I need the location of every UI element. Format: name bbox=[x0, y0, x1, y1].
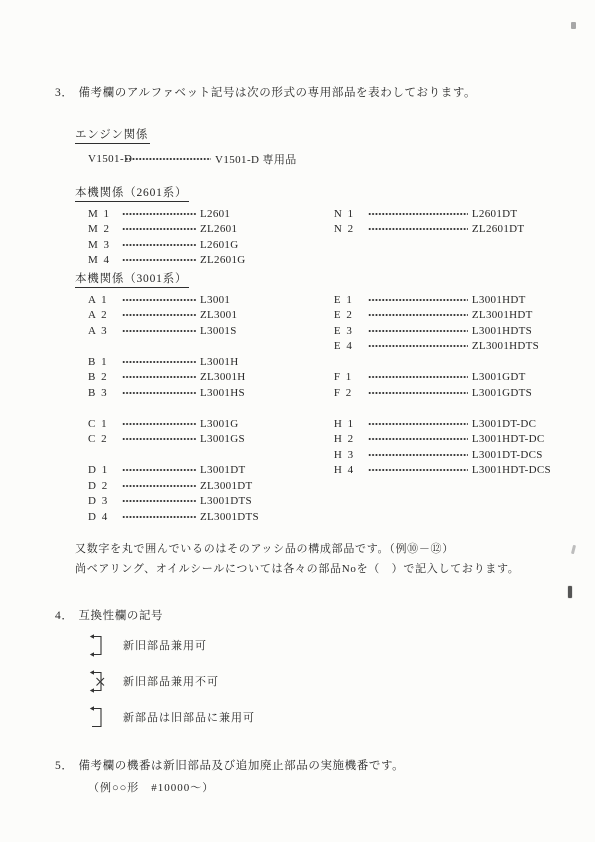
model-name: L3001G bbox=[200, 418, 238, 430]
dot-leader bbox=[368, 294, 468, 306]
dot-leader bbox=[122, 480, 196, 492]
model-name: L3001HDTS bbox=[472, 325, 532, 337]
model-code: M 4 bbox=[88, 254, 122, 266]
model-row: D 2ZL3001DT bbox=[88, 478, 557, 494]
model-cell: H 1L3001DT-DC bbox=[334, 418, 557, 430]
model-row: D 3L3001DTS bbox=[88, 494, 557, 510]
group-3001-title: 本機関係（3001系） bbox=[75, 270, 189, 288]
model-name: L3001S bbox=[200, 325, 237, 337]
model-cell: A 2ZL3001 bbox=[88, 309, 334, 321]
dot-leader bbox=[122, 309, 196, 321]
model-code: F 1 bbox=[334, 371, 368, 383]
model-cell: M 1L2601 bbox=[88, 208, 334, 220]
model-name: ZL2601G bbox=[200, 254, 245, 266]
model-list-3001: A 1L3001E 1L3001HDTA 2ZL3001E 2ZL3001HDT… bbox=[88, 292, 557, 525]
model-name: L3001GS bbox=[200, 433, 245, 445]
model-row: D 1L3001DTH 4L3001HDT-DCS bbox=[88, 463, 557, 479]
model-cell: A 1L3001 bbox=[88, 294, 334, 306]
engine-group-title: エンジン関係 bbox=[75, 126, 150, 144]
model-code: A 3 bbox=[88, 325, 122, 337]
model-code: M 1 bbox=[88, 208, 122, 220]
dot-leader bbox=[368, 433, 468, 445]
model-row: A 2ZL3001E 2ZL3001HDT bbox=[88, 308, 557, 324]
model-row: B 2ZL3001HF 1L3001GDT bbox=[88, 370, 557, 386]
model-code: A 2 bbox=[88, 309, 122, 321]
model-row: D 4ZL3001DTS bbox=[88, 509, 557, 525]
model-name: ZL2601DT bbox=[472, 223, 525, 235]
dot-leader bbox=[122, 356, 196, 368]
bracket-single-arrow-icon bbox=[88, 704, 106, 731]
dot-leader bbox=[122, 208, 196, 220]
model-cell: M 2ZL2601 bbox=[88, 223, 334, 235]
dot-leader bbox=[368, 208, 468, 220]
model-cell: M 3L2601G bbox=[88, 239, 334, 251]
model-cell: E 2ZL3001HDT bbox=[334, 309, 557, 321]
model-name: ZL3001HDTS bbox=[472, 340, 539, 352]
dot-leader bbox=[368, 449, 468, 461]
model-cell: H 4L3001HDT-DCS bbox=[334, 464, 557, 476]
model-name: L3001DT-DC bbox=[472, 418, 536, 430]
note-bearing-oilseal: 尚ベアリング、オイルシールについては各々の部品Noを（ ）で記入しております。 bbox=[75, 559, 557, 579]
model-name: L3001DTS bbox=[200, 495, 252, 507]
model-cell: B 3L3001HS bbox=[88, 387, 334, 399]
model-code: D 3 bbox=[88, 495, 122, 507]
model-code: D 2 bbox=[88, 480, 122, 492]
model-code: E 1 bbox=[334, 294, 368, 306]
section5-title: 備考欄の機番は新旧部品及び追加廃止部品の実施機番です。 bbox=[78, 760, 404, 772]
model-cell: F 2L3001GDTS bbox=[334, 387, 557, 399]
section5: 5．備考欄の機番は新旧部品及び追加廃止部品の実施機番です。 （例○○形 #100… bbox=[55, 757, 557, 795]
model-code: C 2 bbox=[88, 433, 122, 445]
dot-leader bbox=[122, 433, 196, 445]
page-content: 3．備考欄のアルファベット記号は次の形式の専用部品を表わしております。 エンジン… bbox=[0, 0, 595, 842]
model-name: ZL2601 bbox=[200, 223, 237, 235]
model-name: ZL3001DTS bbox=[200, 511, 259, 523]
model-cell: B 1L3001H bbox=[88, 356, 334, 368]
section4: 4．互換性欄の記号 新旧部品兼用可 新旧部品兼用不可 bbox=[55, 607, 557, 731]
model-row: M 3L2601G bbox=[88, 237, 557, 253]
dot-leader bbox=[368, 309, 468, 321]
model-cell: D 3L3001DTS bbox=[88, 495, 334, 507]
model-code: C 1 bbox=[88, 418, 122, 430]
section3-title: 備考欄のアルファベット記号は次の形式の専用部品を表わしております。 bbox=[78, 87, 476, 99]
model-code: H 1 bbox=[334, 418, 368, 430]
model-name: L2601DT bbox=[472, 208, 517, 220]
model-cell: E 4ZL3001HDTS bbox=[334, 340, 557, 352]
model-cell: F 1L3001GDT bbox=[334, 371, 557, 383]
dot-leader bbox=[368, 325, 468, 337]
bracket-double-arrow-icon bbox=[88, 632, 106, 659]
dot-leader bbox=[122, 325, 196, 337]
section3-heading: 3．備考欄のアルファベット記号は次の形式の専用部品を表わしております。 bbox=[55, 84, 557, 100]
model-code: B 1 bbox=[88, 356, 122, 368]
dot-leader bbox=[368, 464, 468, 476]
section3-number: 3． bbox=[55, 87, 73, 99]
model-row: M 2ZL2601N 2ZL2601DT bbox=[88, 222, 557, 238]
section4-number: 4． bbox=[55, 610, 73, 622]
compat-symbol-label: 新旧部品兼用可 bbox=[123, 637, 207, 653]
model-cell: H 3L3001DT-DCS bbox=[334, 449, 557, 461]
model-code: N 1 bbox=[334, 208, 368, 220]
model-cell: D 4ZL3001DTS bbox=[88, 511, 334, 523]
section5-example: （例○○形 #10000～） bbox=[88, 779, 557, 795]
model-cell: A 3L3001S bbox=[88, 325, 334, 337]
model-name: L3001HDT bbox=[472, 294, 526, 306]
model-name: V1501-D 専用品 bbox=[215, 151, 297, 167]
dot-leader bbox=[368, 387, 468, 399]
dot-leader bbox=[122, 294, 196, 306]
model-list-2601: M 1L2601N 1L2601DTM 2ZL2601N 2ZL2601DTM … bbox=[88, 206, 557, 268]
model-code: N 2 bbox=[334, 223, 368, 235]
dot-leader bbox=[122, 371, 196, 383]
model-row: M 1L2601N 1L2601DT bbox=[88, 206, 557, 222]
model-name: L3001DT-DCS bbox=[472, 449, 543, 461]
model-code: F 2 bbox=[334, 387, 368, 399]
compat-symbol-label: 新部品は旧部品に兼用可 bbox=[123, 709, 255, 725]
compat-symbol-row: 新旧部品兼用不可 bbox=[88, 668, 557, 695]
model-code: B 3 bbox=[88, 387, 122, 399]
compat-symbol-row: 新旧部品兼用可 bbox=[88, 632, 557, 659]
model-cell: H 2L3001HDT-DC bbox=[334, 433, 557, 445]
engine-model-row: V1501-D V1501-D 専用品 bbox=[88, 151, 557, 166]
model-row: B 3L3001HSF 2L3001GDTS bbox=[88, 385, 557, 401]
dot-leader bbox=[125, 153, 211, 165]
model-name: L3001GDT bbox=[472, 371, 526, 383]
model-name: L3001 bbox=[200, 294, 230, 306]
model-name: ZL3001DT bbox=[200, 480, 253, 492]
dot-leader bbox=[122, 254, 196, 266]
model-row: E 4ZL3001HDTS bbox=[88, 339, 557, 355]
model-code: A 1 bbox=[88, 294, 122, 306]
model-code: E 4 bbox=[334, 340, 368, 352]
dot-leader bbox=[368, 340, 468, 352]
compat-symbol-row: 新部品は旧部品に兼用可 bbox=[88, 704, 557, 731]
dot-leader bbox=[122, 511, 196, 523]
model-code: H 2 bbox=[334, 433, 368, 445]
model-name: L3001GDTS bbox=[472, 387, 532, 399]
model-code: V1501-D bbox=[88, 153, 122, 165]
model-code: H 3 bbox=[334, 449, 368, 461]
group-2601: 本機関係（2601系） M 1L2601N 1L2601DTM 2ZL2601N… bbox=[55, 166, 557, 268]
model-cell: E 3L3001HDTS bbox=[334, 325, 557, 337]
model-name: L3001HDT-DCS bbox=[472, 464, 551, 476]
model-row: M 4ZL2601G bbox=[88, 253, 557, 269]
model-row: A 1L3001E 1L3001HDT bbox=[88, 292, 557, 308]
scanned-manual-page: 3．備考欄のアルファベット記号は次の形式の専用部品を表わしております。 エンジン… bbox=[0, 0, 595, 842]
model-code: H 4 bbox=[334, 464, 368, 476]
model-code: D 1 bbox=[88, 464, 122, 476]
section4-heading: 4．互換性欄の記号 bbox=[55, 607, 557, 623]
model-cell: C 1L3001G bbox=[88, 418, 334, 430]
model-row: A 3L3001SE 3L3001HDTS bbox=[88, 323, 557, 339]
model-name: L2601G bbox=[200, 239, 238, 251]
section4-title: 互換性欄の記号 bbox=[78, 610, 163, 622]
model-code: M 3 bbox=[88, 239, 122, 251]
dot-leader bbox=[122, 418, 196, 430]
model-cell: N 1L2601DT bbox=[334, 208, 557, 220]
dot-leader bbox=[368, 418, 468, 430]
model-cell: M 4ZL2601G bbox=[88, 254, 334, 266]
model-cell: D 1L3001DT bbox=[88, 464, 334, 476]
model-cell: B 2ZL3001H bbox=[88, 371, 334, 383]
model-cell: C 2L3001GS bbox=[88, 433, 334, 445]
section3-notes: 又数字を丸で囲んでいるのはそのアッシ品の構成部品です。（例⑩－⑫） 尚ベアリング… bbox=[75, 539, 557, 579]
compat-symbol-label: 新旧部品兼用不可 bbox=[123, 673, 219, 689]
section5-heading: 5．備考欄の機番は新旧部品及び追加廃止部品の実施機番です。 bbox=[55, 757, 557, 773]
model-row bbox=[88, 401, 557, 417]
section5-number: 5． bbox=[55, 760, 73, 772]
bracket-double-arrow-crossed-icon bbox=[88, 668, 106, 695]
model-name: ZL3001HDT bbox=[472, 309, 533, 321]
dot-leader bbox=[122, 223, 196, 235]
dot-leader bbox=[122, 464, 196, 476]
model-name: L3001HS bbox=[200, 387, 245, 399]
dot-leader bbox=[368, 223, 468, 235]
model-code: E 2 bbox=[334, 309, 368, 321]
model-name: ZL3001 bbox=[200, 309, 237, 321]
model-name: L3001H bbox=[200, 356, 238, 368]
model-cell: D 2ZL3001DT bbox=[88, 480, 334, 492]
model-code: M 2 bbox=[88, 223, 122, 235]
note-assembly-parts: 又数字を丸で囲んでいるのはそのアッシ品の構成部品です。（例⑩－⑫） bbox=[75, 539, 557, 559]
model-row: C 2L3001GSH 2L3001HDT-DC bbox=[88, 432, 557, 448]
model-cell: N 2ZL2601DT bbox=[334, 223, 557, 235]
model-name: ZL3001H bbox=[200, 371, 245, 383]
model-name: L2601 bbox=[200, 208, 230, 220]
model-code: E 3 bbox=[334, 325, 368, 337]
model-row: B 1L3001H bbox=[88, 354, 557, 370]
model-name: L3001DT bbox=[200, 464, 245, 476]
model-cell: E 1L3001HDT bbox=[334, 294, 557, 306]
group-2601-title: 本機関係（2601系） bbox=[75, 184, 189, 202]
dot-leader bbox=[122, 495, 196, 507]
group-3001: 本機関係（3001系） A 1L3001E 1L3001HDTA 2ZL3001… bbox=[55, 268, 557, 525]
model-row: H 3L3001DT-DCS bbox=[88, 447, 557, 463]
model-row: C 1L3001GH 1L3001DT-DC bbox=[88, 416, 557, 432]
model-code: B 2 bbox=[88, 371, 122, 383]
dot-leader bbox=[368, 371, 468, 383]
dot-leader bbox=[122, 387, 196, 399]
model-code: D 4 bbox=[88, 511, 122, 523]
dot-leader bbox=[122, 239, 196, 251]
model-name: L3001HDT-DC bbox=[472, 433, 545, 445]
